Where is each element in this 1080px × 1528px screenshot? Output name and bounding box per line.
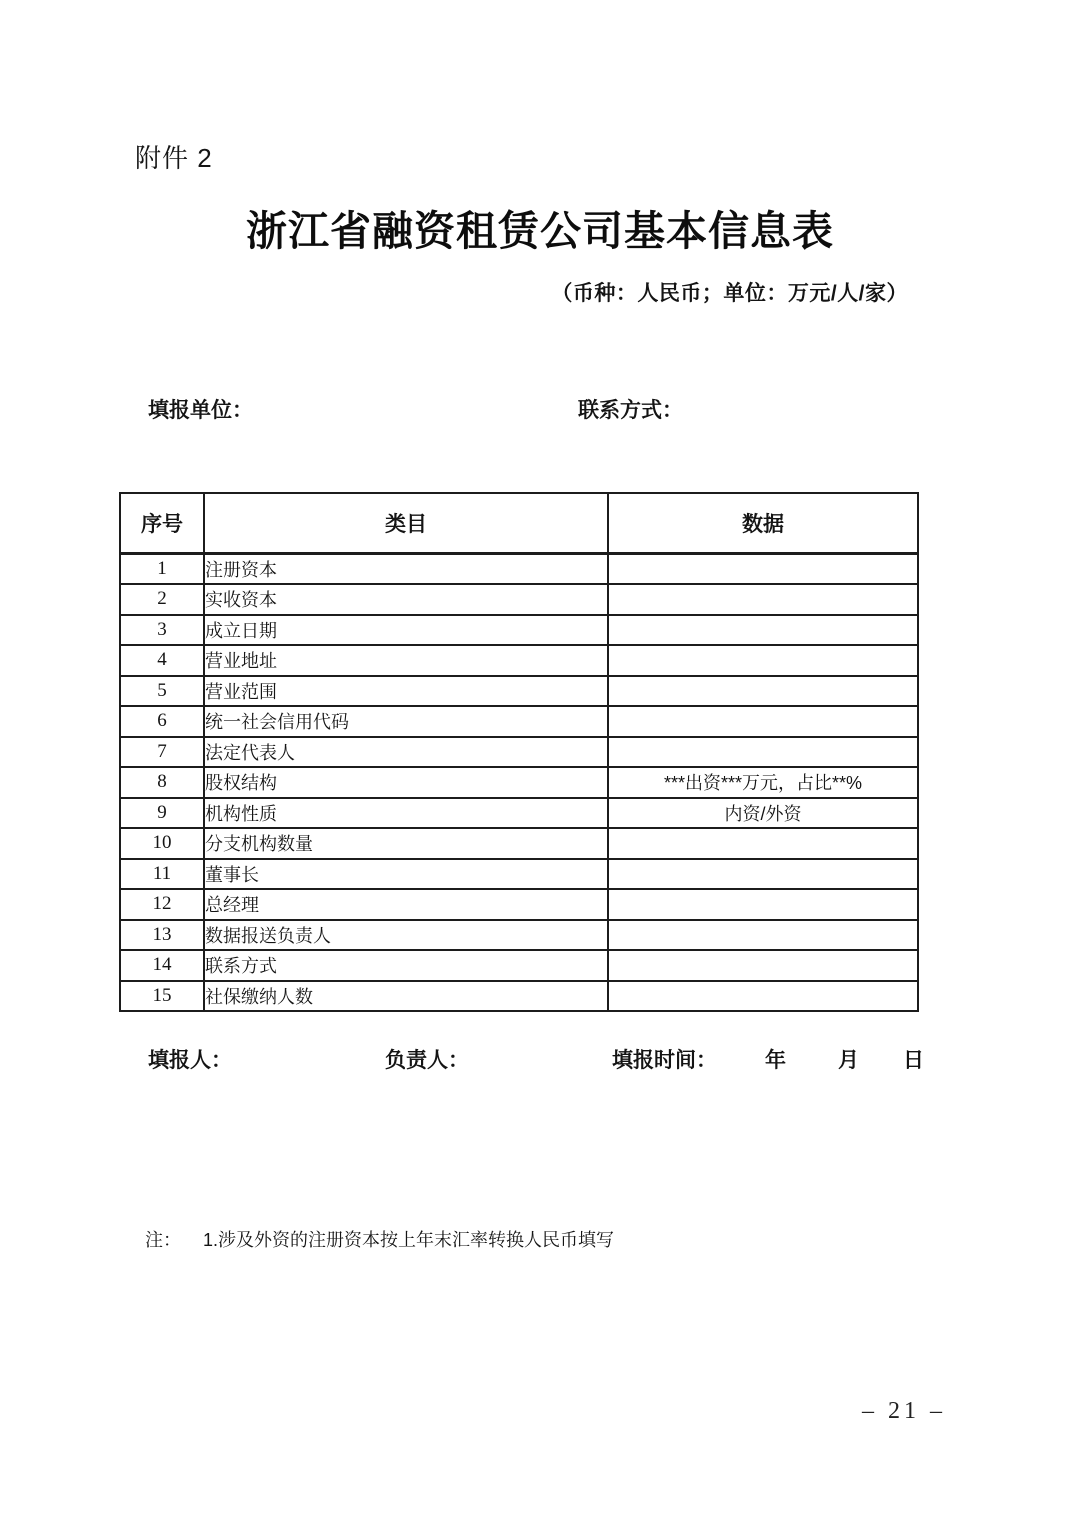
- reporting-header-line: 填报单位： 联系方式：: [0, 394, 1080, 422]
- table-row: 5营业范围: [120, 676, 918, 707]
- row-number-cell: 5: [120, 676, 204, 707]
- column-header-category: 类目: [204, 493, 608, 554]
- row-number-cell: 13: [120, 920, 204, 951]
- document-page: 附件 2 浙江省融资租赁公司基本信息表 （币种：人民币；单位：万元/人/家） 填…: [0, 0, 1080, 1528]
- row-number-cell: 4: [120, 645, 204, 676]
- row-number-cell: 12: [120, 889, 204, 920]
- data-cell: [608, 706, 918, 737]
- signature-line: 填报人： 负责人： 填报时间： 年 月 日: [0, 1044, 1080, 1072]
- data-cell: [608, 615, 918, 646]
- data-cell: [608, 737, 918, 768]
- table-row: 7法定代表人: [120, 737, 918, 768]
- category-cell: 分支机构数量: [204, 828, 608, 859]
- table-row: 14联系方式: [120, 950, 918, 981]
- attachment-label: 附件 2: [135, 138, 213, 175]
- data-cell: [608, 859, 918, 890]
- category-cell: 社保缴纳人数: [204, 981, 608, 1012]
- table-row: 3成立日期: [120, 615, 918, 646]
- page-title: 浙江省融资租赁公司基本信息表: [0, 198, 1080, 257]
- table-row: 9机构性质内资/外资: [120, 798, 918, 829]
- row-number-cell: 2: [120, 584, 204, 615]
- table-row: 15社保缴纳人数: [120, 981, 918, 1012]
- page-number: – 21 –: [862, 1398, 946, 1425]
- data-cell: [608, 889, 918, 920]
- data-cell: 内资/外资: [608, 798, 918, 829]
- footnote: 注：1.涉及外资的注册资本按上年末汇率转换人民币填写: [145, 1226, 614, 1252]
- category-cell: 统一社会信用代码: [204, 706, 608, 737]
- data-cell: [608, 950, 918, 981]
- manager-label: 负责人：: [385, 1044, 469, 1074]
- column-header-data: 数据: [608, 493, 918, 554]
- category-cell: 联系方式: [204, 950, 608, 981]
- table-row: 12总经理: [120, 889, 918, 920]
- row-number-cell: 11: [120, 859, 204, 890]
- category-cell: 成立日期: [204, 615, 608, 646]
- category-cell: 股权结构: [204, 767, 608, 798]
- table-row: 6统一社会信用代码: [120, 706, 918, 737]
- row-number-cell: 7: [120, 737, 204, 768]
- table-row: 10分支机构数量: [120, 828, 918, 859]
- data-cell: [608, 676, 918, 707]
- month-label: 月: [838, 1044, 859, 1074]
- category-cell: 营业范围: [204, 676, 608, 707]
- footnote-text: 1.涉及外资的注册资本按上年末汇率转换人民币填写: [203, 1230, 614, 1250]
- reporting-unit-label: 填报单位：: [148, 394, 253, 424]
- footnote-prefix: 注：: [145, 1226, 181, 1252]
- row-number-cell: 6: [120, 706, 204, 737]
- category-cell: 实收资本: [204, 584, 608, 615]
- basic-info-table: 序号 类目 数据 1注册资本2实收资本3成立日期4营业地址5营业范围6统一社会信…: [119, 492, 919, 1012]
- category-cell: 法定代表人: [204, 737, 608, 768]
- row-number-cell: 14: [120, 950, 204, 981]
- table-row: 2实收资本: [120, 584, 918, 615]
- row-number-cell: 3: [120, 615, 204, 646]
- table-row: 8股权结构***出资***万元，占比**%: [120, 767, 918, 798]
- data-cell: [608, 645, 918, 676]
- currency-unit-note: （币种：人民币；单位：万元/人/家）: [551, 277, 908, 307]
- column-header-no: 序号: [120, 493, 204, 554]
- table-row: 13数据报送负责人: [120, 920, 918, 951]
- row-number-cell: 10: [120, 828, 204, 859]
- category-cell: 注册资本: [204, 554, 608, 585]
- filler-label: 填报人：: [148, 1044, 232, 1074]
- data-cell: ***出资***万元，占比**%: [608, 767, 918, 798]
- row-number-cell: 8: [120, 767, 204, 798]
- category-cell: 总经理: [204, 889, 608, 920]
- data-cell: [608, 584, 918, 615]
- table-row: 1注册资本: [120, 554, 918, 585]
- category-cell: 数据报送负责人: [204, 920, 608, 951]
- category-cell: 机构性质: [204, 798, 608, 829]
- contact-method-label: 联系方式：: [578, 394, 683, 424]
- day-label: 日: [903, 1044, 924, 1074]
- category-cell: 董事长: [204, 859, 608, 890]
- report-time-label: 填报时间：: [612, 1044, 717, 1074]
- table-row: 11董事长: [120, 859, 918, 890]
- table-body: 1注册资本2实收资本3成立日期4营业地址5营业范围6统一社会信用代码7法定代表人…: [120, 554, 918, 1012]
- category-cell: 营业地址: [204, 645, 608, 676]
- table-header-row: 序号 类目 数据: [120, 493, 918, 554]
- data-cell: [608, 920, 918, 951]
- data-cell: [608, 554, 918, 585]
- data-cell: [608, 828, 918, 859]
- row-number-cell: 9: [120, 798, 204, 829]
- data-cell: [608, 981, 918, 1012]
- table-row: 4营业地址: [120, 645, 918, 676]
- year-label: 年: [765, 1044, 786, 1074]
- row-number-cell: 15: [120, 981, 204, 1012]
- row-number-cell: 1: [120, 554, 204, 585]
